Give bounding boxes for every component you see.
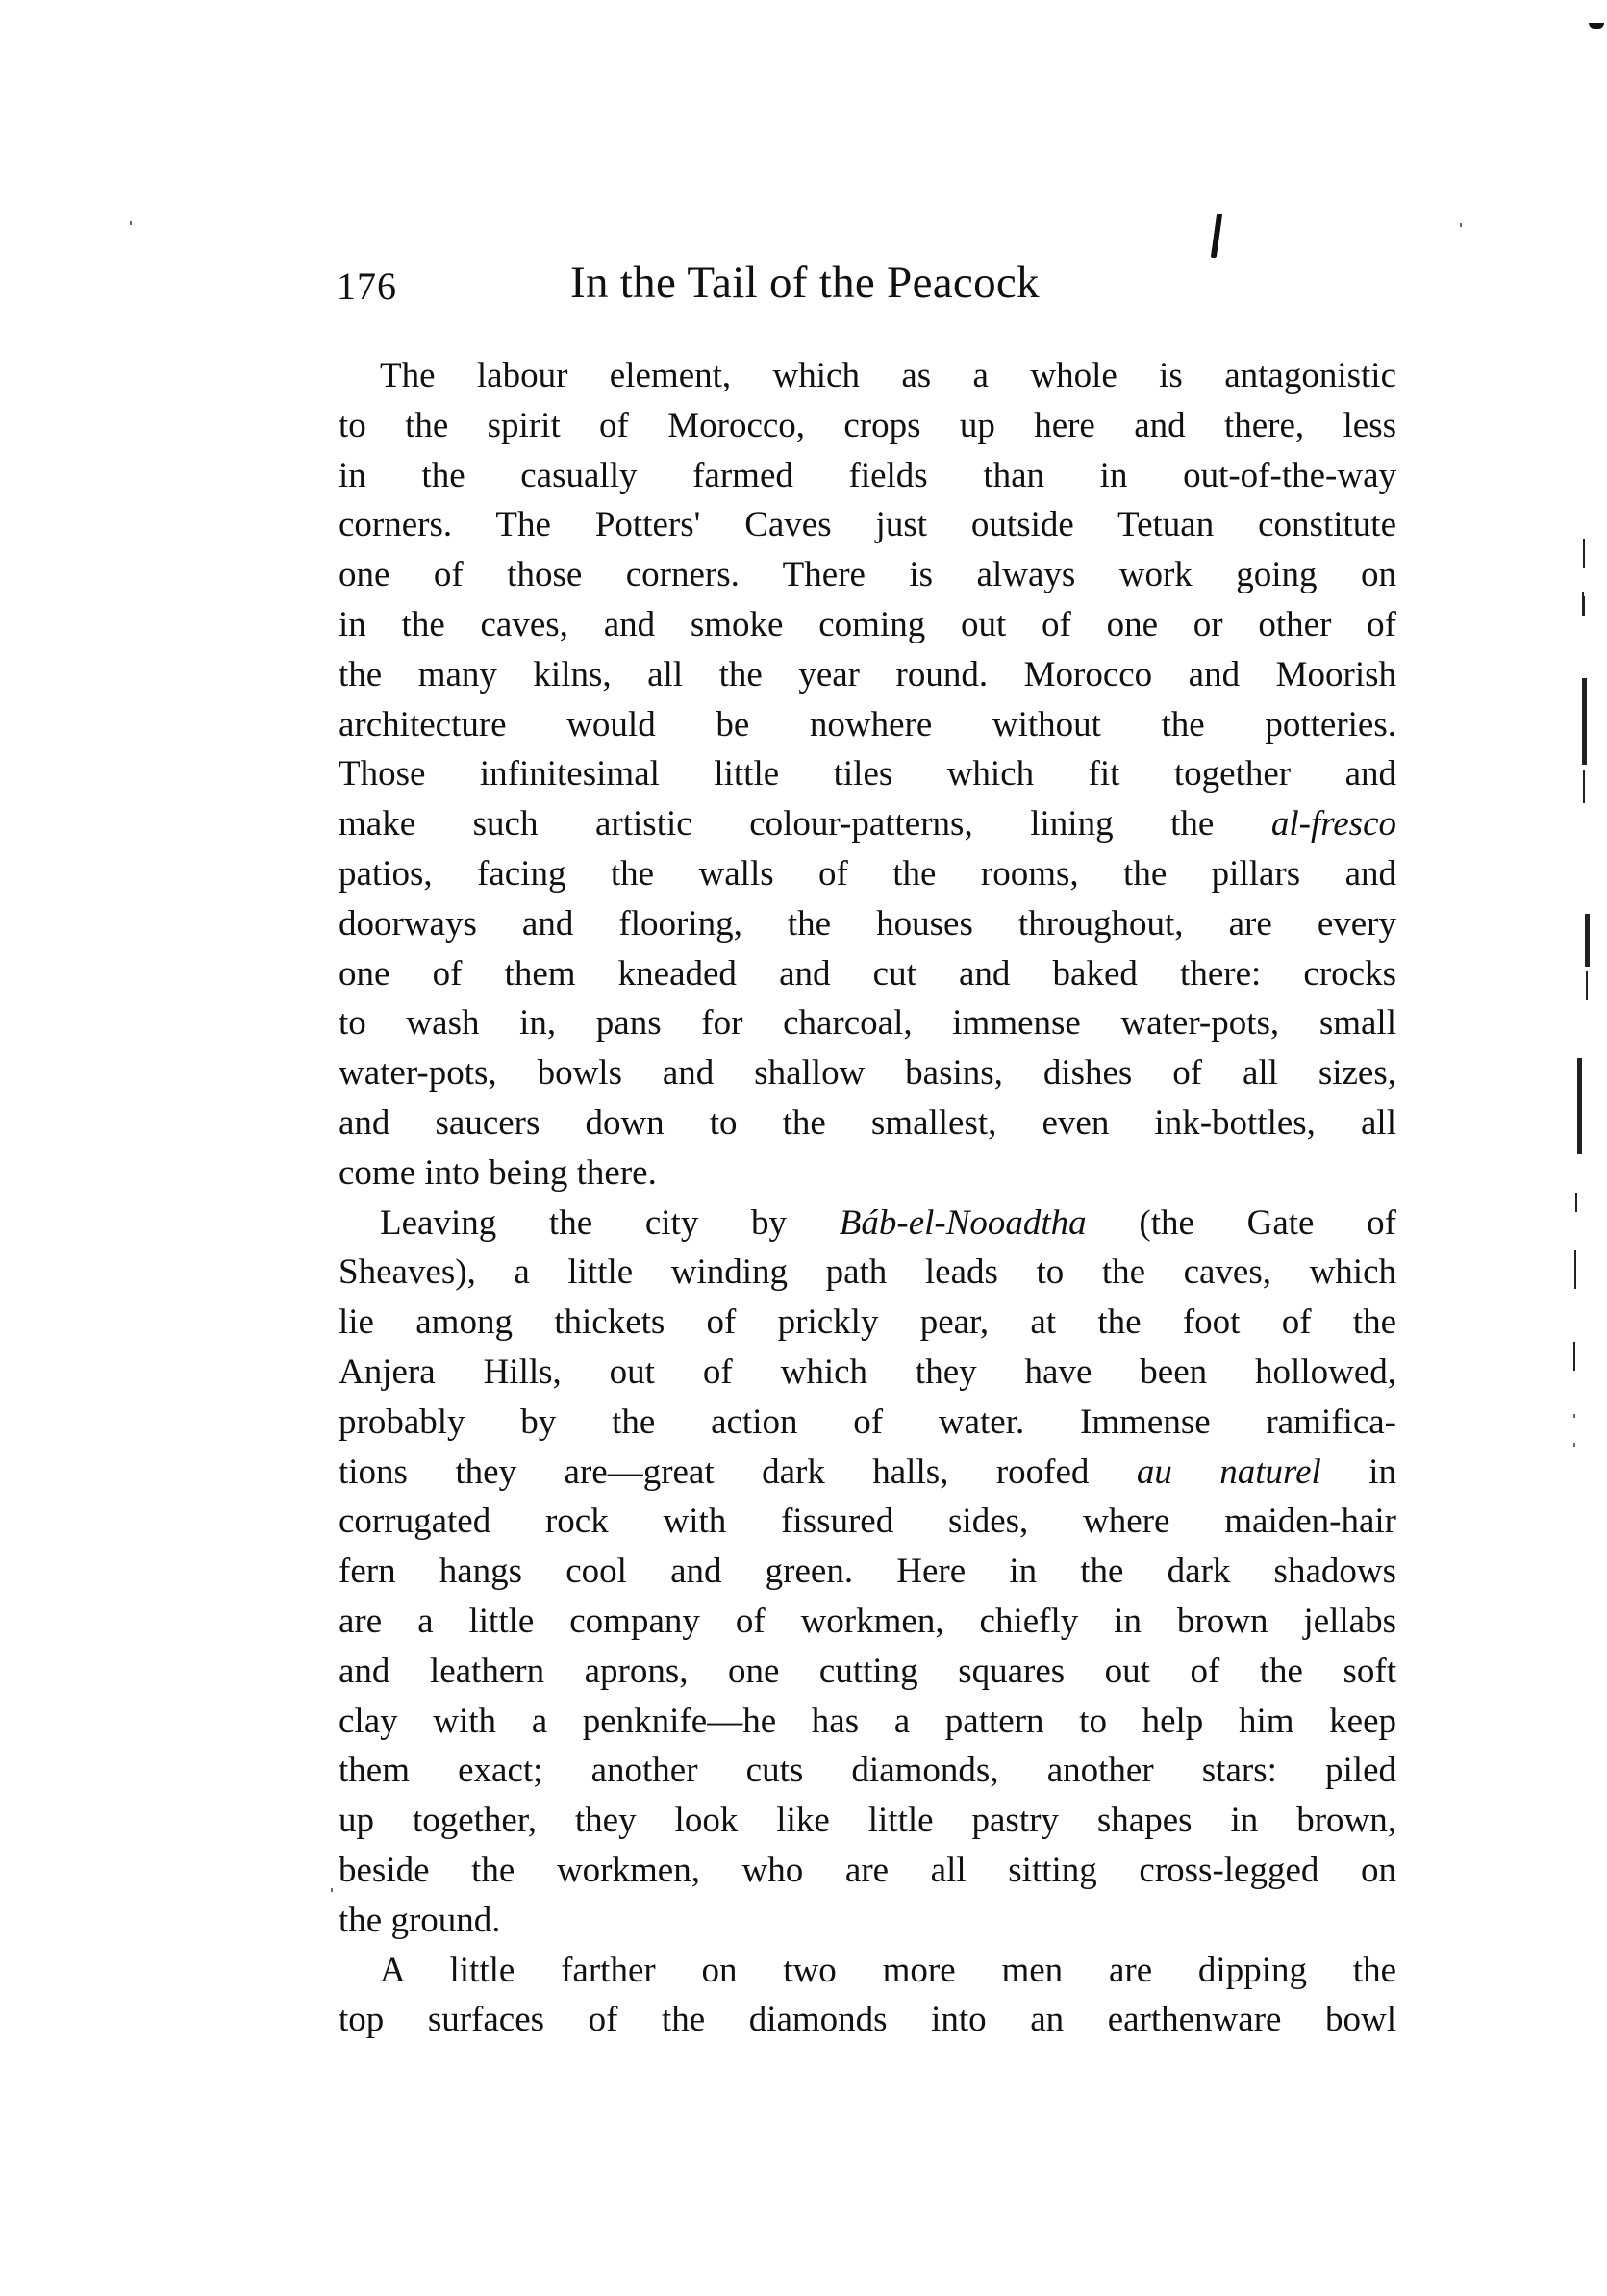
scan-edge-artifact [1583,539,1585,568]
scan-speck [331,1888,333,1892]
paragraph-3: A little farther on two more men are dip… [339,1946,1396,2046]
text-line: lie among thickets of prickly pear, at t… [339,1298,1396,1348]
text-line: The labour element, which as a whole is … [339,351,1396,401]
text-line: Anjera Hills, out of which they have bee… [339,1348,1396,1398]
scan-edge-artifact [1582,592,1584,611]
text-line: are a little company of workmen, chiefly… [339,1597,1396,1647]
page-number: 176 [337,260,397,314]
text-line: corners. The Potters' Caves just outside… [339,500,1396,550]
text-line: one of those corners. There is always wo… [339,550,1396,600]
paragraph-1: The labour element, which as a whole is … [339,351,1396,1198]
text-line: to wash in, pans for charcoal, immense w… [339,998,1396,1048]
running-head: 176 In the Tail of the Peacock [337,252,1394,319]
text-run: in [1368,1452,1396,1492]
paragraph-2: Leaving the city by Báb-el-Nooadtha (the… [339,1198,1396,1946]
text-line: top surfaces of the diamonds into an ear… [339,1995,1396,2045]
text-line: in the casually farmed fields than in ou… [339,451,1396,501]
text-line: probably by the action of water. Immense… [339,1398,1396,1448]
text-line: and leathern aprons, one cutting squares… [339,1647,1396,1697]
text-line: and saucers down to the smallest, even i… [339,1098,1396,1148]
text-run: Leaving the city by [380,1203,787,1243]
text-line: one of them kneaded and cut and baked th… [339,949,1396,999]
text-line: up together, they look like little pastr… [339,1796,1396,1846]
running-title: In the Tail of the Peacock [570,252,1040,314]
scan-speck [1460,223,1462,227]
text-line: Sheaves), a little winding path leads to… [339,1248,1396,1298]
text-line: doorways and flooring, the houses throug… [339,899,1396,949]
text-line: patios, facing the walls of the rooms, t… [339,849,1396,899]
scan-speck [1573,1414,1575,1418]
text-line: Those infinitesimal little tiles which f… [339,749,1396,799]
text-run: tions they are—great dark halls, roofed [339,1452,1089,1492]
text-line: water-pots, bowls and shallow basins, di… [339,1048,1396,1098]
scan-speck [130,221,132,225]
text-line: to the spirit of Morocco, crops up here … [339,401,1396,451]
text-line: the many kilns, all the year round. Moro… [339,650,1396,700]
scan-edge-artifact [1583,770,1585,803]
scan-edge-artifact [1575,1193,1577,1212]
scan-edge-artifact [1573,1342,1575,1371]
text-line: clay with a penknife—he has a pattern to… [339,1697,1396,1747]
text-line: beside the workmen, who are all sitting … [339,1846,1396,1896]
scan-edge-artifact [1577,1058,1582,1154]
text-line: Leaving the city by Báb-el-Nooadtha (the… [339,1198,1396,1249]
text-line: the ground. [339,1896,1396,1946]
text-line: tions they are—great dark halls, roofed … [339,1448,1396,1498]
text-line: fern hangs cool and green. Here in the d… [339,1547,1396,1597]
italic-term: au naturel [1137,1452,1321,1492]
italic-term: Báb-el-Nooadtha [840,1203,1087,1243]
text-line: architecture would be nowhere without th… [339,700,1396,750]
scan-speck [1573,1443,1575,1447]
scan-edge-artifact [1582,678,1587,765]
text-line: come into being there. [339,1148,1396,1198]
text-line: make such artistic colour-patterns, lini… [339,799,1396,849]
text-line: corrugated rock with fissured sides, whe… [339,1497,1396,1547]
book-page: 176 In the Tail of the Peacock The labou… [0,0,1607,2296]
text-line: them exact; another cuts diamonds, anoth… [339,1746,1396,1796]
scan-corner-mark [1589,23,1604,29]
italic-term: al-fresco [1271,804,1396,844]
scan-edge-artifact [1586,971,1588,1000]
scan-edge-artifact [1574,1250,1576,1289]
text-line: in the caves, and smoke coming out of on… [339,600,1396,650]
text-run: make such artistic colour-patterns, lini… [339,804,1214,844]
body-text: The labour element, which as a whole is … [339,351,1396,2045]
text-run: (the Gate of [1139,1203,1396,1243]
scan-edge-artifact [1585,914,1590,967]
text-line: A little farther on two more men are dip… [339,1946,1396,1996]
